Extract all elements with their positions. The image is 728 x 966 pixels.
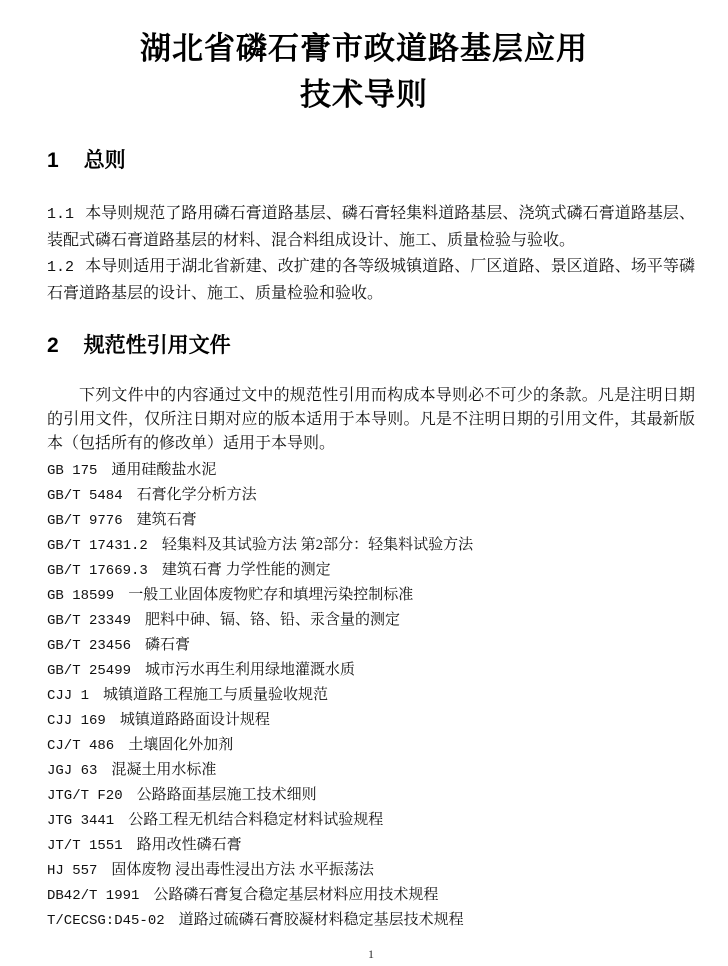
reference-code: GB/T 17431.2	[47, 538, 148, 554]
reference-title: 路用改性磷石膏	[137, 837, 242, 853]
section-1-heading: 1总则	[47, 148, 695, 174]
reference-code: CJ/T 486	[47, 738, 114, 754]
section-2-title: 规范性引用文件	[84, 334, 231, 357]
reference-title: 公路工程无机结合料稳定材料试验规程	[128, 812, 383, 828]
clause-1-2-number: 1.2	[47, 259, 74, 276]
section-2-number: 2	[47, 333, 59, 359]
reference-code: GB 175	[47, 463, 97, 479]
clause-1-1-text: 本导则规范了路用磷石膏道路基层、磷石膏轻集料道路基层、浇筑式磷石膏道路基层、装配…	[47, 205, 695, 249]
reference-code: JGJ 63	[47, 763, 97, 779]
reference-item: JGJ 63混凝土用水标准	[47, 758, 695, 783]
reference-code: GB/T 5484	[47, 488, 123, 504]
reference-code: CJJ 1	[47, 688, 89, 704]
reference-item: JT/T 1551路用改性磷石膏	[47, 833, 695, 858]
reference-code: DB42/T 1991	[47, 888, 139, 904]
reference-item: CJJ 1城镇道路工程施工与质量验收规范	[47, 683, 695, 708]
reference-code: GB/T 25499	[47, 663, 131, 679]
reference-title: 通用硅酸盐水泥	[111, 462, 216, 478]
reference-title: 公路磷石膏复合稳定基层材料应用技术规程	[153, 887, 438, 903]
reference-title: 混凝土用水标准	[111, 762, 216, 778]
reference-title: 道路过硫磷石膏胶凝材料稳定基层技术规程	[179, 912, 464, 928]
references-list: GB 175通用硅酸盐水泥 GB/T 5484石膏化学分析方法 GB/T 977…	[47, 458, 695, 933]
reference-item: DB42/T 1991公路磷石膏复合稳定基层材料应用技术规程	[47, 883, 695, 908]
reference-title: 一般工业固体废物贮存和填埋污染控制标准	[128, 587, 413, 603]
reference-title: 城市污水再生利用绿地灌溉水质	[145, 662, 355, 678]
reference-title: 固体废物 浸出毒性浸出方法 水平振荡法	[111, 862, 374, 878]
reference-item: GB/T 23349肥料中砷、镉、铬、铅、汞含量的测定	[47, 608, 695, 633]
reference-title: 城镇道路路面设计规程	[120, 712, 270, 728]
reference-code: GB/T 23456	[47, 638, 131, 654]
clause-1-1-number: 1.1	[47, 206, 74, 223]
document-title-line2: 技术导则	[47, 72, 681, 118]
reference-item: JTG 3441公路工程无机结合料稳定材料试验规程	[47, 808, 695, 833]
clause-1-2: 1.2本导则适用于湖北省新建、改扩建的各等级城镇道路、厂区道路、景区道路、场平等…	[47, 254, 695, 307]
section-2-intro: 下列文件中的内容通过文中的规范性引用而构成本导则必不可少的条款。凡是注明日期的引…	[47, 384, 695, 456]
reference-code: T/CECSG:D45-02	[47, 913, 165, 929]
reference-title: 肥料中砷、镉、铬、铅、汞含量的测定	[145, 612, 400, 628]
reference-title: 公路路面基层施工技术细则	[137, 787, 317, 803]
reference-code: GB/T 17669.3	[47, 563, 148, 579]
reference-item: GB/T 25499城市污水再生利用绿地灌溉水质	[47, 658, 695, 683]
reference-item: CJJ 169城镇道路路面设计规程	[47, 708, 695, 733]
reference-item: GB 175通用硅酸盐水泥	[47, 458, 695, 483]
section-1-number: 1	[47, 148, 59, 174]
reference-code: JTG 3441	[47, 813, 114, 829]
reference-item: CJ/T 486土壤固化外加剂	[47, 733, 695, 758]
reference-code: CJJ 169	[47, 713, 106, 729]
section-2-heading: 2规范性引用文件	[47, 333, 695, 359]
reference-item: HJ 557固体废物 浸出毒性浸出方法 水平振荡法	[47, 858, 695, 883]
reference-code: GB 18599	[47, 588, 114, 604]
reference-item: T/CECSG:D45-02道路过硫磷石膏胶凝材料稳定基层技术规程	[47, 908, 695, 933]
reference-item: GB/T 17669.3建筑石膏 力学性能的测定	[47, 558, 695, 583]
reference-code: HJ 557	[47, 863, 97, 879]
document-title: 湖北省磷石膏市政道路基层应用 技术导则	[47, 26, 681, 118]
reference-title: 石膏化学分析方法	[137, 487, 257, 503]
document-title-line1: 湖北省磷石膏市政道路基层应用	[47, 26, 681, 72]
reference-item: GB/T 9776建筑石膏	[47, 508, 695, 533]
reference-item: GB/T 5484石膏化学分析方法	[47, 483, 695, 508]
reference-title: 轻集料及其试验方法 第2部分：轻集料试验方法	[162, 537, 473, 553]
document-page: 湖北省磷石膏市政道路基层应用 技术导则 1总则 1.1本导则规范了路用磷石膏道路…	[0, 0, 728, 966]
reference-title: 建筑石膏 力学性能的测定	[162, 562, 331, 578]
reference-title: 磷石膏	[145, 637, 190, 653]
page-number: 1	[47, 947, 695, 962]
clause-1-2-text: 本导则适用于湖北省新建、改扩建的各等级城镇道路、厂区道路、景区道路、场平等磷石膏…	[47, 258, 695, 302]
reference-title: 土壤固化外加剂	[128, 737, 233, 753]
reference-title: 建筑石膏	[137, 512, 197, 528]
reference-item: GB/T 23456磷石膏	[47, 633, 695, 658]
section-1-title: 总则	[84, 149, 126, 172]
reference-code: GB/T 23349	[47, 613, 131, 629]
reference-code: JTG/T F20	[47, 788, 123, 804]
reference-item: GB 18599一般工业固体废物贮存和填埋污染控制标准	[47, 583, 695, 608]
reference-code: JT/T 1551	[47, 838, 123, 854]
reference-title: 城镇道路工程施工与质量验收规范	[103, 687, 328, 703]
reference-item: JTG/T F20公路路面基层施工技术细则	[47, 783, 695, 808]
clause-1-1: 1.1本导则规范了路用磷石膏道路基层、磷石膏轻集料道路基层、浇筑式磷石膏道路基层…	[47, 201, 695, 254]
reference-code: GB/T 9776	[47, 513, 123, 529]
reference-item: GB/T 17431.2轻集料及其试验方法 第2部分：轻集料试验方法	[47, 533, 695, 558]
